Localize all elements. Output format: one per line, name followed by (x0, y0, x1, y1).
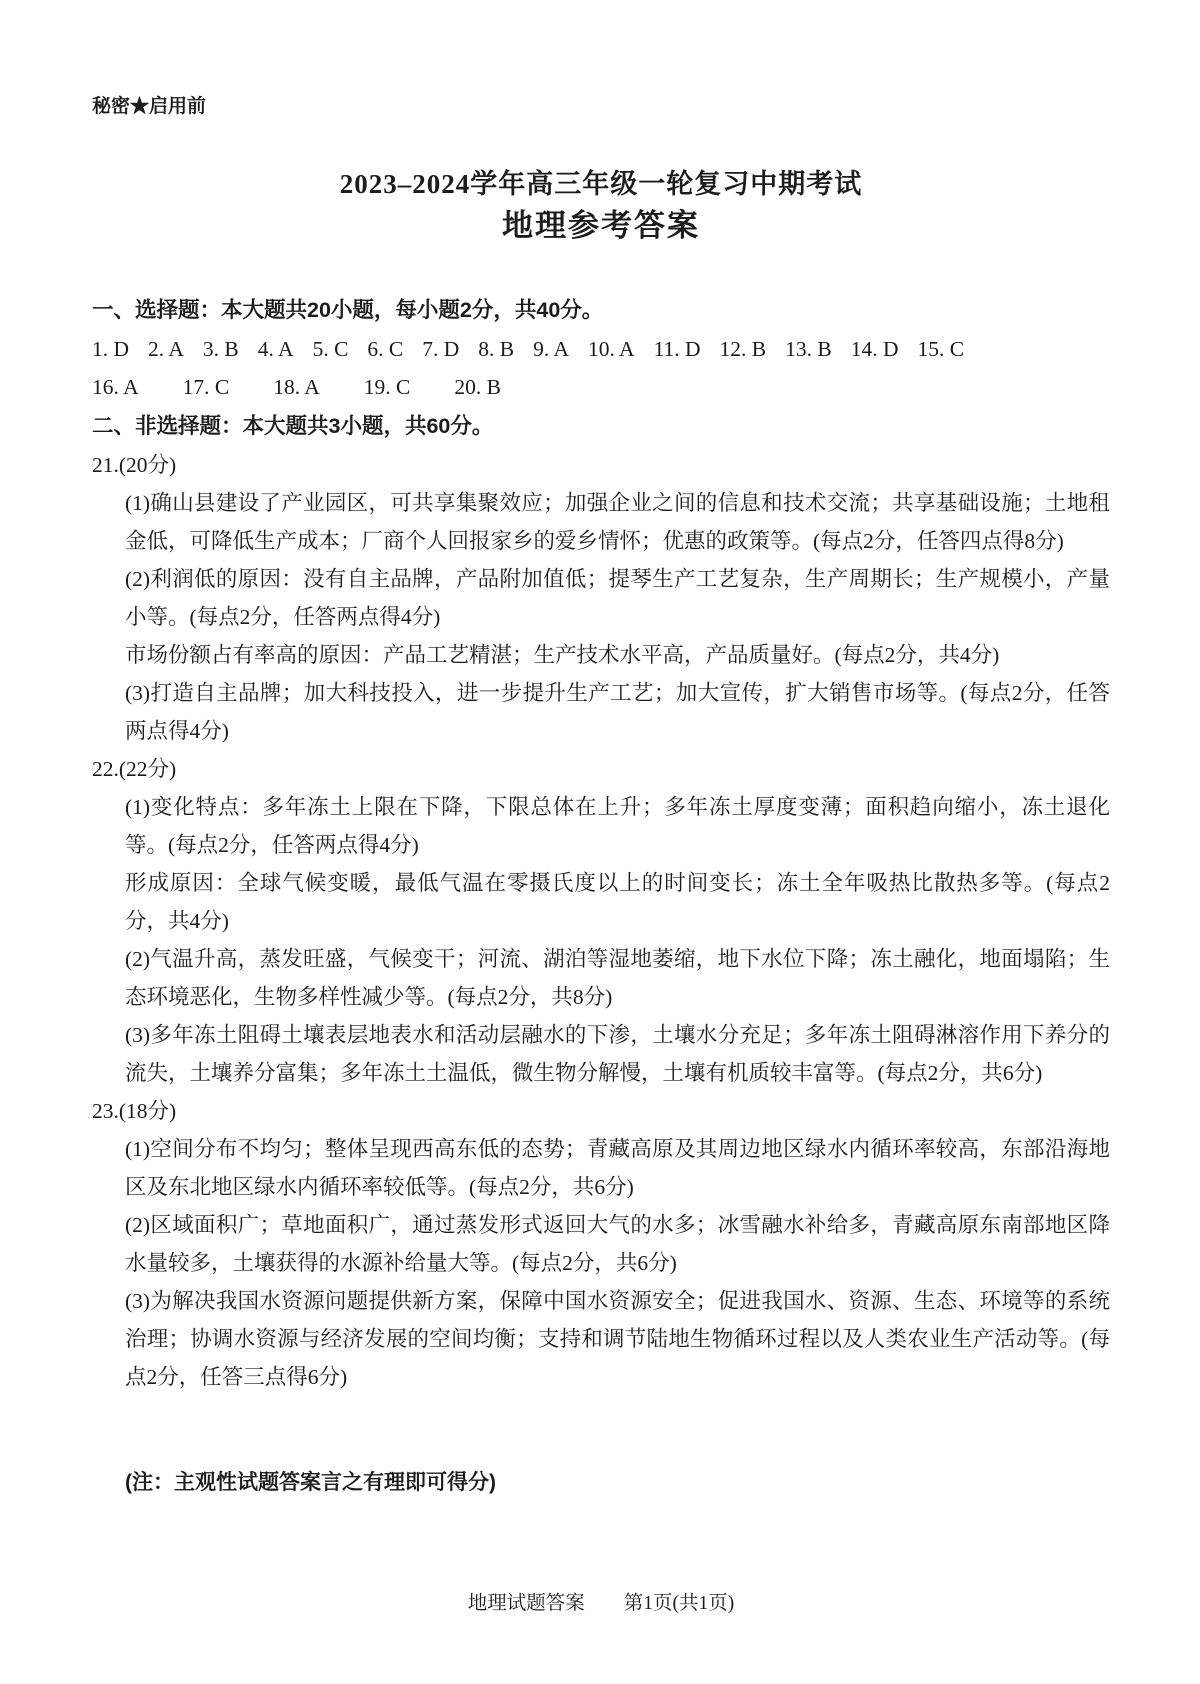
question-23-part-3: (3)为解决我国水资源问题提供新方案，保障中国水资源安全；促进我国水、资源、生态… (125, 1282, 1110, 1396)
choice-answer-10: 10. A (588, 330, 635, 368)
choice-answer-5: 5. C (313, 330, 349, 368)
choice-answer-11: 11. D (654, 330, 701, 368)
choice-answer-16: 16. A (92, 368, 139, 406)
question-23-part-1: (1)空间分布不均匀；整体呈现西高东低的态势；青藏高原及其周边地区绿水内循环率较… (125, 1130, 1110, 1206)
question-21-part-2b: 市场份额占有率高的原因：产品工艺精湛；生产技术水平高，产品质量好。(每点2分，共… (125, 636, 1110, 674)
choice-answer-6: 6. C (367, 330, 403, 368)
exam-title: 2023–2024学年高三年级一轮复习中期考试 (92, 164, 1110, 204)
answer-key-page: 秘密★启用前 2023–2024学年高三年级一轮复习中期考试 地理参考答案 一、… (0, 0, 1200, 1684)
question-21-number: 21.(20分) (92, 446, 1110, 484)
question-22-part-1: (1)变化特点：多年冻土上限在下降，下限总体在上升；多年冻土厚度变薄；面积趋向缩… (125, 788, 1110, 864)
choice-answer-9: 9. A (533, 330, 569, 368)
question-21-part-3: (3)打造自主品牌；加大科技投入，进一步提升生产工艺；加大宣传，扩大销售市场等。… (125, 674, 1110, 750)
page-footer: 地理试题答案 第1页(共1页) (92, 1592, 1110, 1616)
choice-answers-row-2: 16. A 17. C 18. A 19. C 20. B (92, 368, 1110, 406)
question-22-part-1b: 形成原因：全球气候变暖，最低气温在零摄氏度以上的时间变长；冻土全年吸热比散热多等… (125, 864, 1110, 940)
question-21-part-2: (2)利润低的原因：没有自主品牌，产品附加值低；提琴生产工艺复杂，生产周期长；生… (125, 560, 1110, 636)
question-22-block: 22.(22分) (1)变化特点：多年冻土上限在下降，下限总体在上升；多年冻土厚… (92, 750, 1110, 1092)
choice-answer-4: 4. A (258, 330, 294, 368)
grading-note: (注：主观性试题答案言之有理即可得分) (125, 1468, 1110, 1498)
choice-answer-19: 19. C (364, 368, 411, 406)
choice-answer-17: 17. C (183, 368, 230, 406)
choice-answer-15: 15. C (918, 330, 965, 368)
choice-answer-7: 7. D (422, 330, 459, 368)
classification-label: 秘密★启用前 (92, 96, 1110, 118)
choice-answer-13: 13. B (785, 330, 832, 368)
choice-answer-18: 18. A (273, 368, 320, 406)
subject-answer-title: 地理参考答案 (92, 204, 1110, 248)
question-22-part-3: (3)多年冻土阻碍土壤表层地表水和活动层融水的下渗，土壤水分充足；多年冻土阻碍淋… (125, 1016, 1110, 1092)
question-21-part-1: (1)确山县建设了产业园区，可共享集聚效应；加强企业之间的信息和技术交流；共享基… (125, 484, 1110, 560)
choice-answer-12: 12. B (720, 330, 767, 368)
free-response-section-heading: 二、非选择题：本大题共3小题，共60分。 (92, 406, 1110, 446)
choice-answer-20: 20. B (454, 368, 501, 406)
question-23-block: 23.(18分) (1)空间分布不均匀；整体呈现西高东低的态势；青藏高原及其周边… (92, 1092, 1110, 1396)
choice-answer-2: 2. A (148, 330, 184, 368)
question-21-block: 21.(20分) (1)确山县建设了产业园区，可共享集聚效应；加强企业之间的信息… (92, 446, 1110, 750)
question-23-number: 23.(18分) (92, 1092, 1110, 1130)
choice-answer-3: 3. B (203, 330, 239, 368)
choice-section-heading: 一、选择题：本大题共20小题，每小题2分，共40分。 (92, 290, 1110, 330)
choice-answer-8: 8. B (478, 330, 514, 368)
choice-answer-1: 1. D (92, 330, 129, 368)
choice-answers-row-1: 1. D 2. A 3. B 4. A 5. C 6. C 7. D 8. B … (92, 330, 1110, 368)
question-22-number: 22.(22分) (92, 750, 1110, 788)
choice-answer-14: 14. D (851, 330, 899, 368)
question-23-part-2: (2)区域面积广；草地面积广，通过蒸发形式返回大气的水多；冰雪融水补给多，青藏高… (125, 1206, 1110, 1282)
question-22-part-2: (2)气温升高，蒸发旺盛，气候变干；河流、湖泊等湿地萎缩，地下水位下降；冻土融化… (125, 940, 1110, 1016)
